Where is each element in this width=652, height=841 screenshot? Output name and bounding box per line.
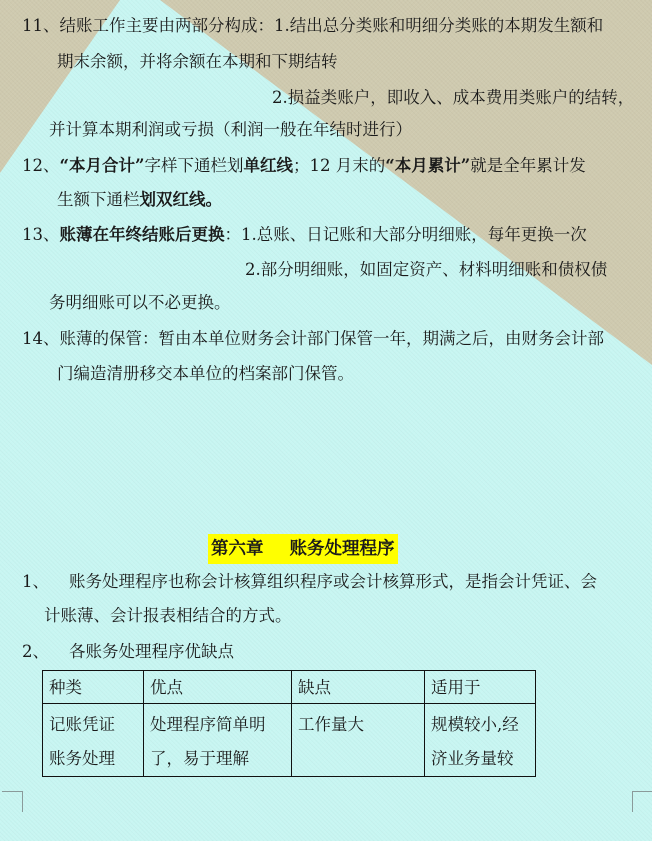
item-12-text-3: 就是全年累计发 <box>470 156 586 175</box>
chapter-item-1-line-2: 计账薄、会计报表相结合的方式。 <box>44 606 292 626</box>
item-14-line-1: 14、账薄的保管：暂由本单位财务会计部门保管一年，期满之后，由财务会计部 <box>22 329 604 349</box>
item-12-line-2-text: 生额下通栏 <box>57 190 140 209</box>
item-12-bold-monthly-total: “本月合计” <box>60 156 145 175</box>
item-13-text: ：1.总账、日记账和大部分明细账，每年更换一次 <box>225 225 587 244</box>
cell-applicable-line-1: 规模较小,经 <box>431 708 529 742</box>
header-applicable: 适用于 <box>425 671 536 704</box>
cell-advantages-line-2: 了，易于理解 <box>150 742 285 776</box>
cell-advantages: 处理程序简单明 了，易于理解 <box>144 704 292 777</box>
table-header-row: 种类 优点 缺点 适用于 <box>43 671 536 704</box>
item-11-line-3: 2.损益类账户，即收入、成本费用类账户的结转， <box>272 88 634 108</box>
item-13-line-1: 13、账薄在年终结账后更换：1.总账、日记账和大部分明细账，每年更换一次 <box>22 225 587 245</box>
item-14-line-2: 门编造清册移交本单位的档案部门保管。 <box>57 364 354 384</box>
cell-type-line-2: 账务处理 <box>49 742 137 776</box>
item-12-bold-monthly-cumulative: “本月累计” <box>385 156 470 175</box>
chapter-title: 账务处理程序 <box>290 539 395 559</box>
item-12-prefix: 12、 <box>22 156 60 175</box>
item-12-line-1: 12、“本月合计”字样下通栏划单红线；12 月末的“本月累计”就是全年累计发 <box>22 156 586 176</box>
item-12-bold-single-red-line: 单红线 <box>243 156 293 175</box>
item-13-bold-heading: 账薄在年终结账后更换 <box>60 225 225 244</box>
cell-advantages-line-1: 处理程序简单明 <box>150 708 285 742</box>
item-11-line-4: 并计算本期利润或亏损（利润一般在年结时进行） <box>49 120 412 140</box>
margin-corner-mark-left <box>2 791 23 812</box>
header-advantages: 优点 <box>144 671 292 704</box>
chapter-item-2-number: 2、 <box>22 642 49 662</box>
chapter-item-1-number: 1、 <box>22 572 49 592</box>
item-11-line-2: 期末余额，并将余额在本期和下期结转 <box>57 52 338 72</box>
item-11-line-1: 11、结账工作主要由两部分构成：1.结出总分类账和明细分类账的本期发生额和 <box>22 16 603 36</box>
header-type: 种类 <box>43 671 144 704</box>
item-12-text-1: 字样下通栏划 <box>144 156 243 175</box>
cell-disadvantages-line-1: 工作量大 <box>298 708 418 742</box>
item-13-line-2: 2.部分明细账，如固定资产、材料明细账和债权债 <box>245 260 607 280</box>
cell-type-line-1: 记账凭证 <box>49 708 137 742</box>
document-page: 11、结账工作主要由两部分构成：1.结出总分类账和明细分类账的本期发生额和 期末… <box>0 0 652 841</box>
processing-comparison-table: 种类 优点 缺点 适用于 记账凭证 账务处理 处理程序简单明 了，易于理解 工作… <box>42 670 536 777</box>
item-12-bold-double-red-line: 划双红线。 <box>140 190 223 209</box>
cell-disadvantages: 工作量大 <box>292 704 425 777</box>
item-13-line-3: 务明细账可以不必更换。 <box>49 293 231 313</box>
margin-corner-mark-right <box>632 791 652 812</box>
cell-applicable: 规模较小,经 济业务量较 <box>425 704 536 777</box>
chapter-item-1-line-1: 账务处理程序也称会计核算组织程序或会计核算形式，是指会计凭证、会 <box>69 572 597 592</box>
item-13-prefix: 13、 <box>22 225 60 244</box>
chapter-item-2-text: 各账务处理程序优缺点 <box>69 642 234 662</box>
chapter-heading: 第六章账务处理程序 <box>208 534 398 564</box>
header-disadvantages: 缺点 <box>292 671 425 704</box>
item-12-line-2: 生额下通栏划双红线。 <box>57 190 222 210</box>
item-12-text-2: ；12 月末的 <box>293 156 385 175</box>
chapter-number: 第六章 <box>211 539 264 559</box>
table-row: 记账凭证 账务处理 处理程序简单明 了，易于理解 工作量大 规模较小,经 济业务… <box>43 704 536 777</box>
cell-type: 记账凭证 账务处理 <box>43 704 144 777</box>
cell-applicable-line-2: 济业务量较 <box>431 742 529 776</box>
